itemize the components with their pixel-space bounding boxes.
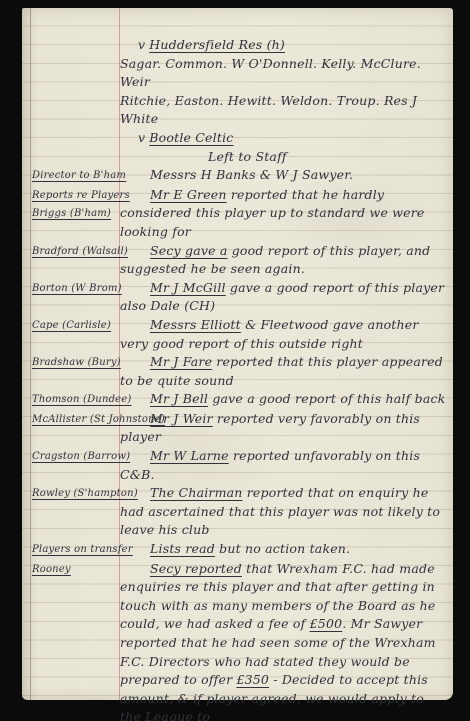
margin-label: McAllister (St Johnstone) (32, 411, 120, 430)
fixture-heading: vBootle Celtic (120, 129, 446, 148)
margin-label: Thomson (Dundee) (32, 391, 120, 410)
entry-lead: Secy reported (150, 561, 242, 576)
page-content: vHuddersfield Res (h) Sagar. Common. W O… (32, 36, 448, 698)
entry-margin-cell: Reports re PlayersBriggs (B'ham) (32, 186, 120, 242)
entry-row: Thomson (Dundee)Mr J Bell gave a good re… (32, 390, 448, 410)
margin-label: Cape (Carlisle) (32, 317, 120, 336)
entry-text: The Chairman reported that on enquiry he… (120, 484, 446, 540)
margin-label: Bradshaw (Bury) (32, 354, 120, 373)
entry-margin-cell: Rooney (32, 560, 120, 721)
entry-text: Mr W Larne reported unfavorably on this … (120, 447, 446, 484)
entry-body-cell: Mr J Weir reported very favorably on thi… (120, 410, 448, 447)
entry-body-cell: Secy gave a good report of this player, … (120, 242, 448, 279)
entry-row: Players on transferLists read but no act… (32, 540, 448, 560)
versus-mark: v (138, 37, 145, 52)
entry-row: Cape (Carlisle)Messrs Elliott & Fleetwoo… (32, 316, 448, 353)
top-body-cell: vHuddersfield Res (h) Sagar. Common. W O… (120, 36, 448, 166)
entry-lead: Secy gave a (150, 243, 228, 258)
entry-row: Borton (W Brom)Mr J McGill gave a good r… (32, 279, 448, 316)
left-to-staff-note: Left to Staff (120, 148, 446, 167)
entry-lead: Mr J Fare (150, 354, 212, 369)
entry-row: Bradford (Walsall)Secy gave a good repor… (32, 242, 448, 279)
fixture-heading: vHuddersfield Res (h) (120, 36, 446, 55)
margin-label: Reports re Players (32, 187, 120, 206)
entry-row: Reports re PlayersBriggs (B'ham)Mr E Gre… (32, 186, 448, 242)
entry-margin-cell: Borton (W Brom) (32, 279, 120, 316)
entry-lead: Lists read (150, 541, 215, 556)
entry-lead: The Chairman (150, 485, 243, 500)
entry-margin-cell: Cragston (Barrow) (32, 447, 120, 484)
entry-lead: Messrs Elliott (150, 317, 241, 332)
entry-text: Secy reported that Wrexham F.C. had made… (120, 560, 446, 721)
entry-body-cell: Messrs H Banks & W J Sawyer. (120, 166, 448, 186)
margin-label: Bradford (Walsall) (32, 243, 120, 262)
margin-label: Players on transfer (32, 541, 120, 560)
entry-margin-cell: Director to B'ham (32, 166, 120, 186)
entry-text: Mr E Green reported that he hardly consi… (120, 186, 446, 242)
entry-body-cell: Mr W Larne reported unfavorably on this … (120, 447, 448, 484)
versus-mark: v (138, 130, 145, 145)
entry-row: Director to B'hamMessrs H Banks & W J Sa… (32, 166, 448, 186)
entry-row: Rowley (S'hampton)The Chairman reported … (32, 484, 448, 540)
entry-margin-cell: Players on transfer (32, 540, 120, 560)
entry-lead: Mr J McGill (150, 280, 226, 295)
top-section: vHuddersfield Res (h) Sagar. Common. W O… (32, 36, 448, 166)
scan-background: vHuddersfield Res (h) Sagar. Common. W O… (0, 0, 470, 721)
entry-lead: Mr J Weir (150, 411, 213, 426)
fee-amount: £350 (236, 672, 269, 687)
entry-body-cell: Messrs Elliott & Fleetwood gave another … (120, 316, 448, 353)
entry-text: Secy gave a good report of this player, … (120, 242, 446, 279)
entry-margin-cell: Cape (Carlisle) (32, 316, 120, 353)
margin-label: Rowley (S'hampton) (32, 485, 120, 504)
team-sheet-line: Sagar. Common. W O'Donnell. Kelly. McClu… (120, 55, 446, 92)
entry-margin-cell: Thomson (Dundee) (32, 390, 120, 410)
entry-body-cell: Lists read but no action taken. (120, 540, 448, 560)
entry-body-cell: Mr J Bell gave a good report of this hal… (120, 390, 448, 410)
entry-body-cell: Mr J McGill gave a good report of this p… (120, 279, 448, 316)
margin-label: Rooney (32, 561, 120, 580)
binding-crease (30, 8, 31, 700)
entry-row: Bradshaw (Bury)Mr J Fare reported that t… (32, 353, 448, 390)
entry-body-cell: Mr E Green reported that he hardly consi… (120, 186, 448, 242)
entry-margin-cell: McAllister (St Johnstone) (32, 410, 120, 447)
entry-text: Messrs H Banks & W J Sawyer. (120, 166, 446, 185)
entry-text: Lists read but no action taken. (120, 540, 446, 559)
top-margin-cell (32, 36, 120, 166)
margin-label: Borton (W Brom) (32, 280, 120, 299)
entry-text: Mr J Bell gave a good report of this hal… (120, 390, 446, 409)
margin-label: Director to B'ham (32, 167, 120, 186)
entry-row: RooneySecy reported that Wrexham F.C. ha… (32, 560, 448, 721)
fixture-name: Huddersfield Res (h) (149, 37, 285, 52)
entry-lead: Mr W Larne (150, 448, 229, 463)
margin-label: Cragston (Barrow) (32, 448, 120, 467)
entry-margin-cell: Bradshaw (Bury) (32, 353, 120, 390)
entry-row: McAllister (St Johnstone)Mr J Weir repor… (32, 410, 448, 447)
entry-text: Mr J Weir reported very favorably on thi… (120, 410, 446, 447)
entry-body-cell: Secy reported that Wrexham F.C. had made… (120, 560, 448, 721)
fixture-name: Bootle Celtic (149, 130, 233, 145)
entry-lead: Mr J Bell (150, 391, 208, 406)
entry-row: Cragston (Barrow)Mr W Larne reported unf… (32, 447, 448, 484)
entry-text: Mr J McGill gave a good report of this p… (120, 279, 446, 316)
entry-lead: Mr E Green (150, 187, 227, 202)
entry-text: Messrs Elliott & Fleetwood gave another … (120, 316, 446, 353)
fee-amount: £500 (310, 616, 343, 631)
entry-body-cell: The Chairman reported that on enquiry he… (120, 484, 448, 540)
entry-margin-cell: Bradford (Walsall) (32, 242, 120, 279)
team-sheet-line: Ritchie, Easton. Hewitt. Weldon. Troup. … (120, 92, 446, 129)
entry-margin-cell: Rowley (S'hampton) (32, 484, 120, 540)
entries: Director to B'hamMessrs H Banks & W J Sa… (32, 166, 448, 721)
entry-body-cell: Mr J Fare reported that this player appe… (120, 353, 448, 390)
minute-book-page: vHuddersfield Res (h) Sagar. Common. W O… (22, 8, 453, 700)
entry-text: Mr J Fare reported that this player appe… (120, 353, 446, 390)
margin-label: Briggs (B'ham) (32, 205, 120, 224)
